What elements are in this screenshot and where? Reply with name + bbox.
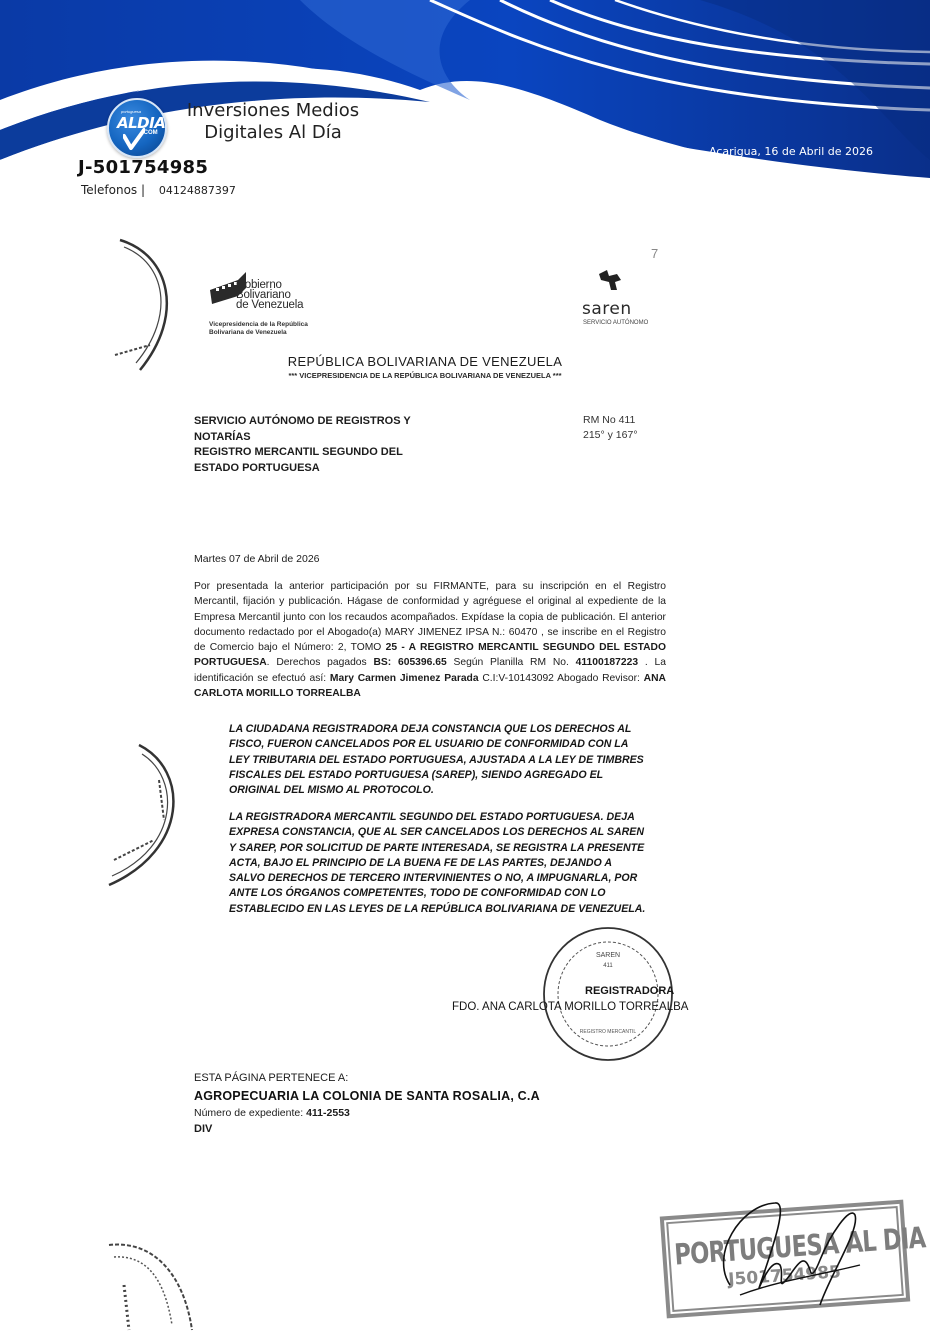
signature-icon bbox=[700, 1195, 880, 1325]
saren-subtitle: SERVICIO AUTÓNOMO bbox=[583, 320, 648, 326]
file-number: Número de expediente: 411-2553 bbox=[194, 1107, 350, 1119]
fees-paid: BS: 605396.65 bbox=[373, 657, 446, 668]
partial-seal-icon bbox=[110, 235, 190, 380]
signer-role: REGISTRADORA bbox=[585, 985, 674, 997]
saren-logo-icon bbox=[597, 268, 623, 292]
company-owner: AGROPECUARIA LA COLONIA DE SANTA ROSALIA… bbox=[194, 1089, 540, 1103]
div-code: DIV bbox=[194, 1123, 212, 1135]
registry-number: RM No 411 215° y 167° bbox=[583, 413, 638, 443]
government-logo-text: Gobierno Bolivariano de Venezuela bbox=[236, 280, 303, 310]
partial-seal-icon bbox=[104, 740, 194, 890]
planilla-number: 41100187223 bbox=[576, 657, 638, 668]
svg-text:SAREN: SAREN bbox=[596, 952, 620, 959]
constancia-fiscal: LA CIUDADANA REGISTRADORA DEJA CONSTANCI… bbox=[229, 722, 649, 798]
registry-office: SERVICIO AUTÓNOMO DE REGISTROS Y NOTARÍA… bbox=[194, 414, 411, 476]
signer-name: FDO. ANA CARLOTA MORILLO TORREALBA bbox=[452, 1001, 688, 1013]
constancia-registro: LA REGISTRADORA MERCANTIL SEGUNDO DEL ES… bbox=[229, 810, 649, 917]
vicepresidency-caption: Vicepresidencia de la República Bolivari… bbox=[209, 321, 308, 337]
partial-seal-icon bbox=[104, 1235, 204, 1333]
svg-text:REGISTRO MERCANTIL: REGISTRO MERCANTIL bbox=[580, 1029, 637, 1035]
identified-person: Mary Carmen Jimenez Parada bbox=[330, 673, 479, 684]
belongs-label: ESTA PÁGINA PERTENECE A: bbox=[194, 1072, 348, 1084]
saren-logo-text: saren bbox=[582, 299, 632, 319]
document-date: Martes 07 de Abril de 2026 bbox=[194, 553, 320, 565]
page-mark: 7 bbox=[651, 246, 658, 261]
svg-text:411: 411 bbox=[603, 963, 613, 969]
registration-paragraph: Por presentada la anterior participación… bbox=[194, 579, 666, 701]
scanned-document: Gobierno Bolivariano de Venezuela Vicepr… bbox=[0, 0, 930, 1333]
